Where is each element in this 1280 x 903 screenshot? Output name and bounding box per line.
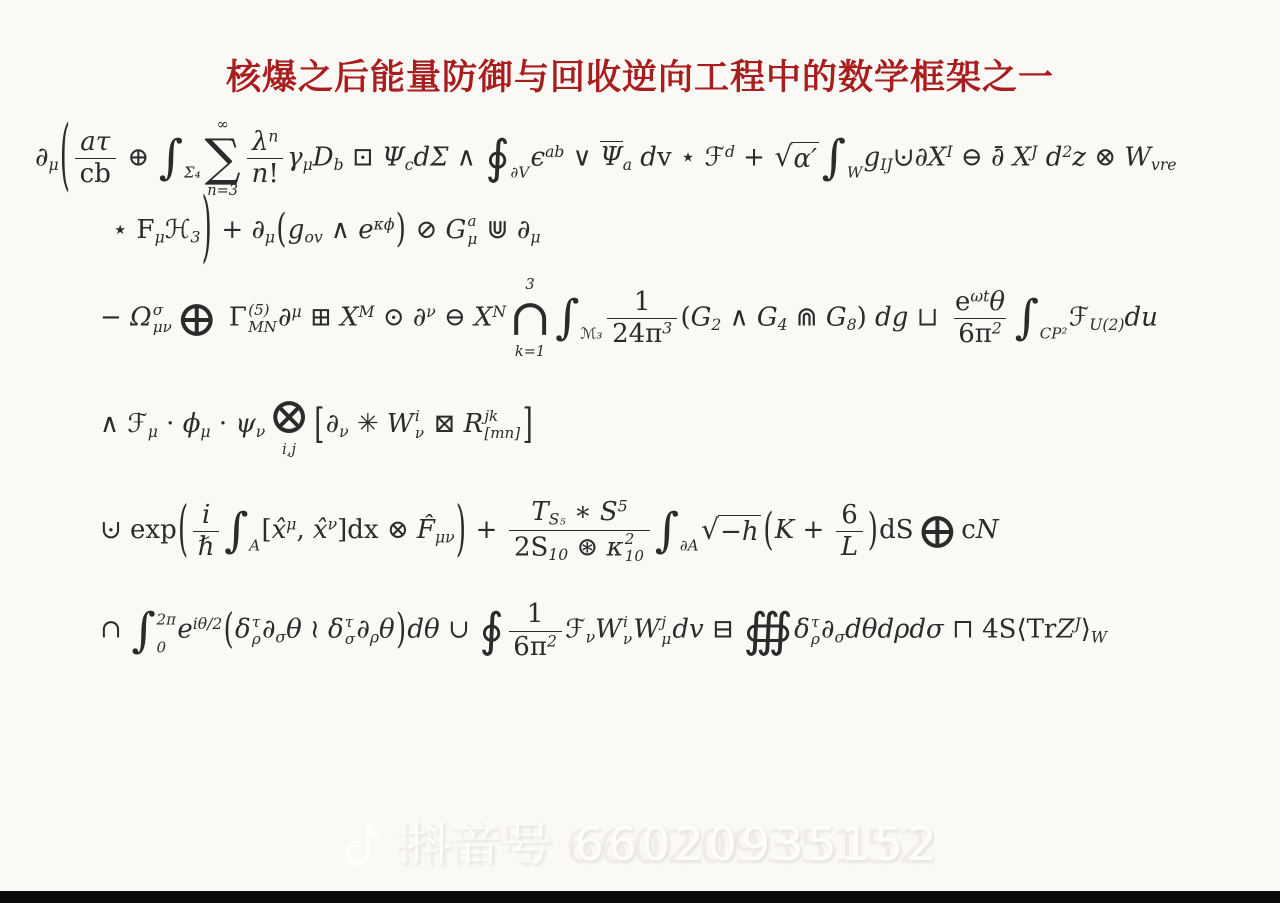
bottom-bar [0, 891, 1280, 903]
formula-line: ⋆ Fμℋ3) + ∂μ(gov ∧ eκϕ) ⊘ Gaμ ⋓ ∂μ [112, 213, 1280, 249]
douyin-note-path [345, 822, 381, 866]
formula-line: ∂μ(aτcb ⊕ ∫Σ₄∞∑n=3λnn!γμDb ⊡ ΨcdΣ ∧ ∮∂Vϵ… [35, 118, 1280, 199]
douyin-note-icon [339, 820, 381, 879]
page-title: 核爆之后能量防御与回收逆向工程中的数学框架之一 [0, 50, 1280, 100]
formula-line: ∩ ∫2π0eiθ/2(δτρ∂σθ ≀ δτσ∂ρθ)dθ ∪ ∮16π2ℱν… [100, 599, 1280, 662]
watermark: 抖音号 66020935152 [0, 808, 1280, 879]
formula-line: ∧ ℱμ · ϕμ · ψν⊗i,j[∂ν ✳ Wiν ⊠ Rjk[mn]] [100, 393, 1280, 457]
watermark-label: 抖音号 [406, 817, 556, 871]
watermark-number: 66020935152 [575, 817, 941, 871]
formula-line: − Ωσμν⊕ Γ(5)MN∂μ ⊞ XM ⊙ ∂ν ⊖ XN3∩k=1∫ℳ₃1… [100, 278, 1280, 359]
formula-line: ⊍ exp(iℏ∫A[x̂μ, x̂ν]dx ⊗ F̂μν) + TS₅ ∗ S… [100, 497, 1280, 565]
formula: ∂μ(aτcb ⊕ ∫Σ₄∞∑n=3λnn!γμDb ⊡ ΨcdΣ ∧ ∮∂Vϵ… [0, 118, 1280, 663]
